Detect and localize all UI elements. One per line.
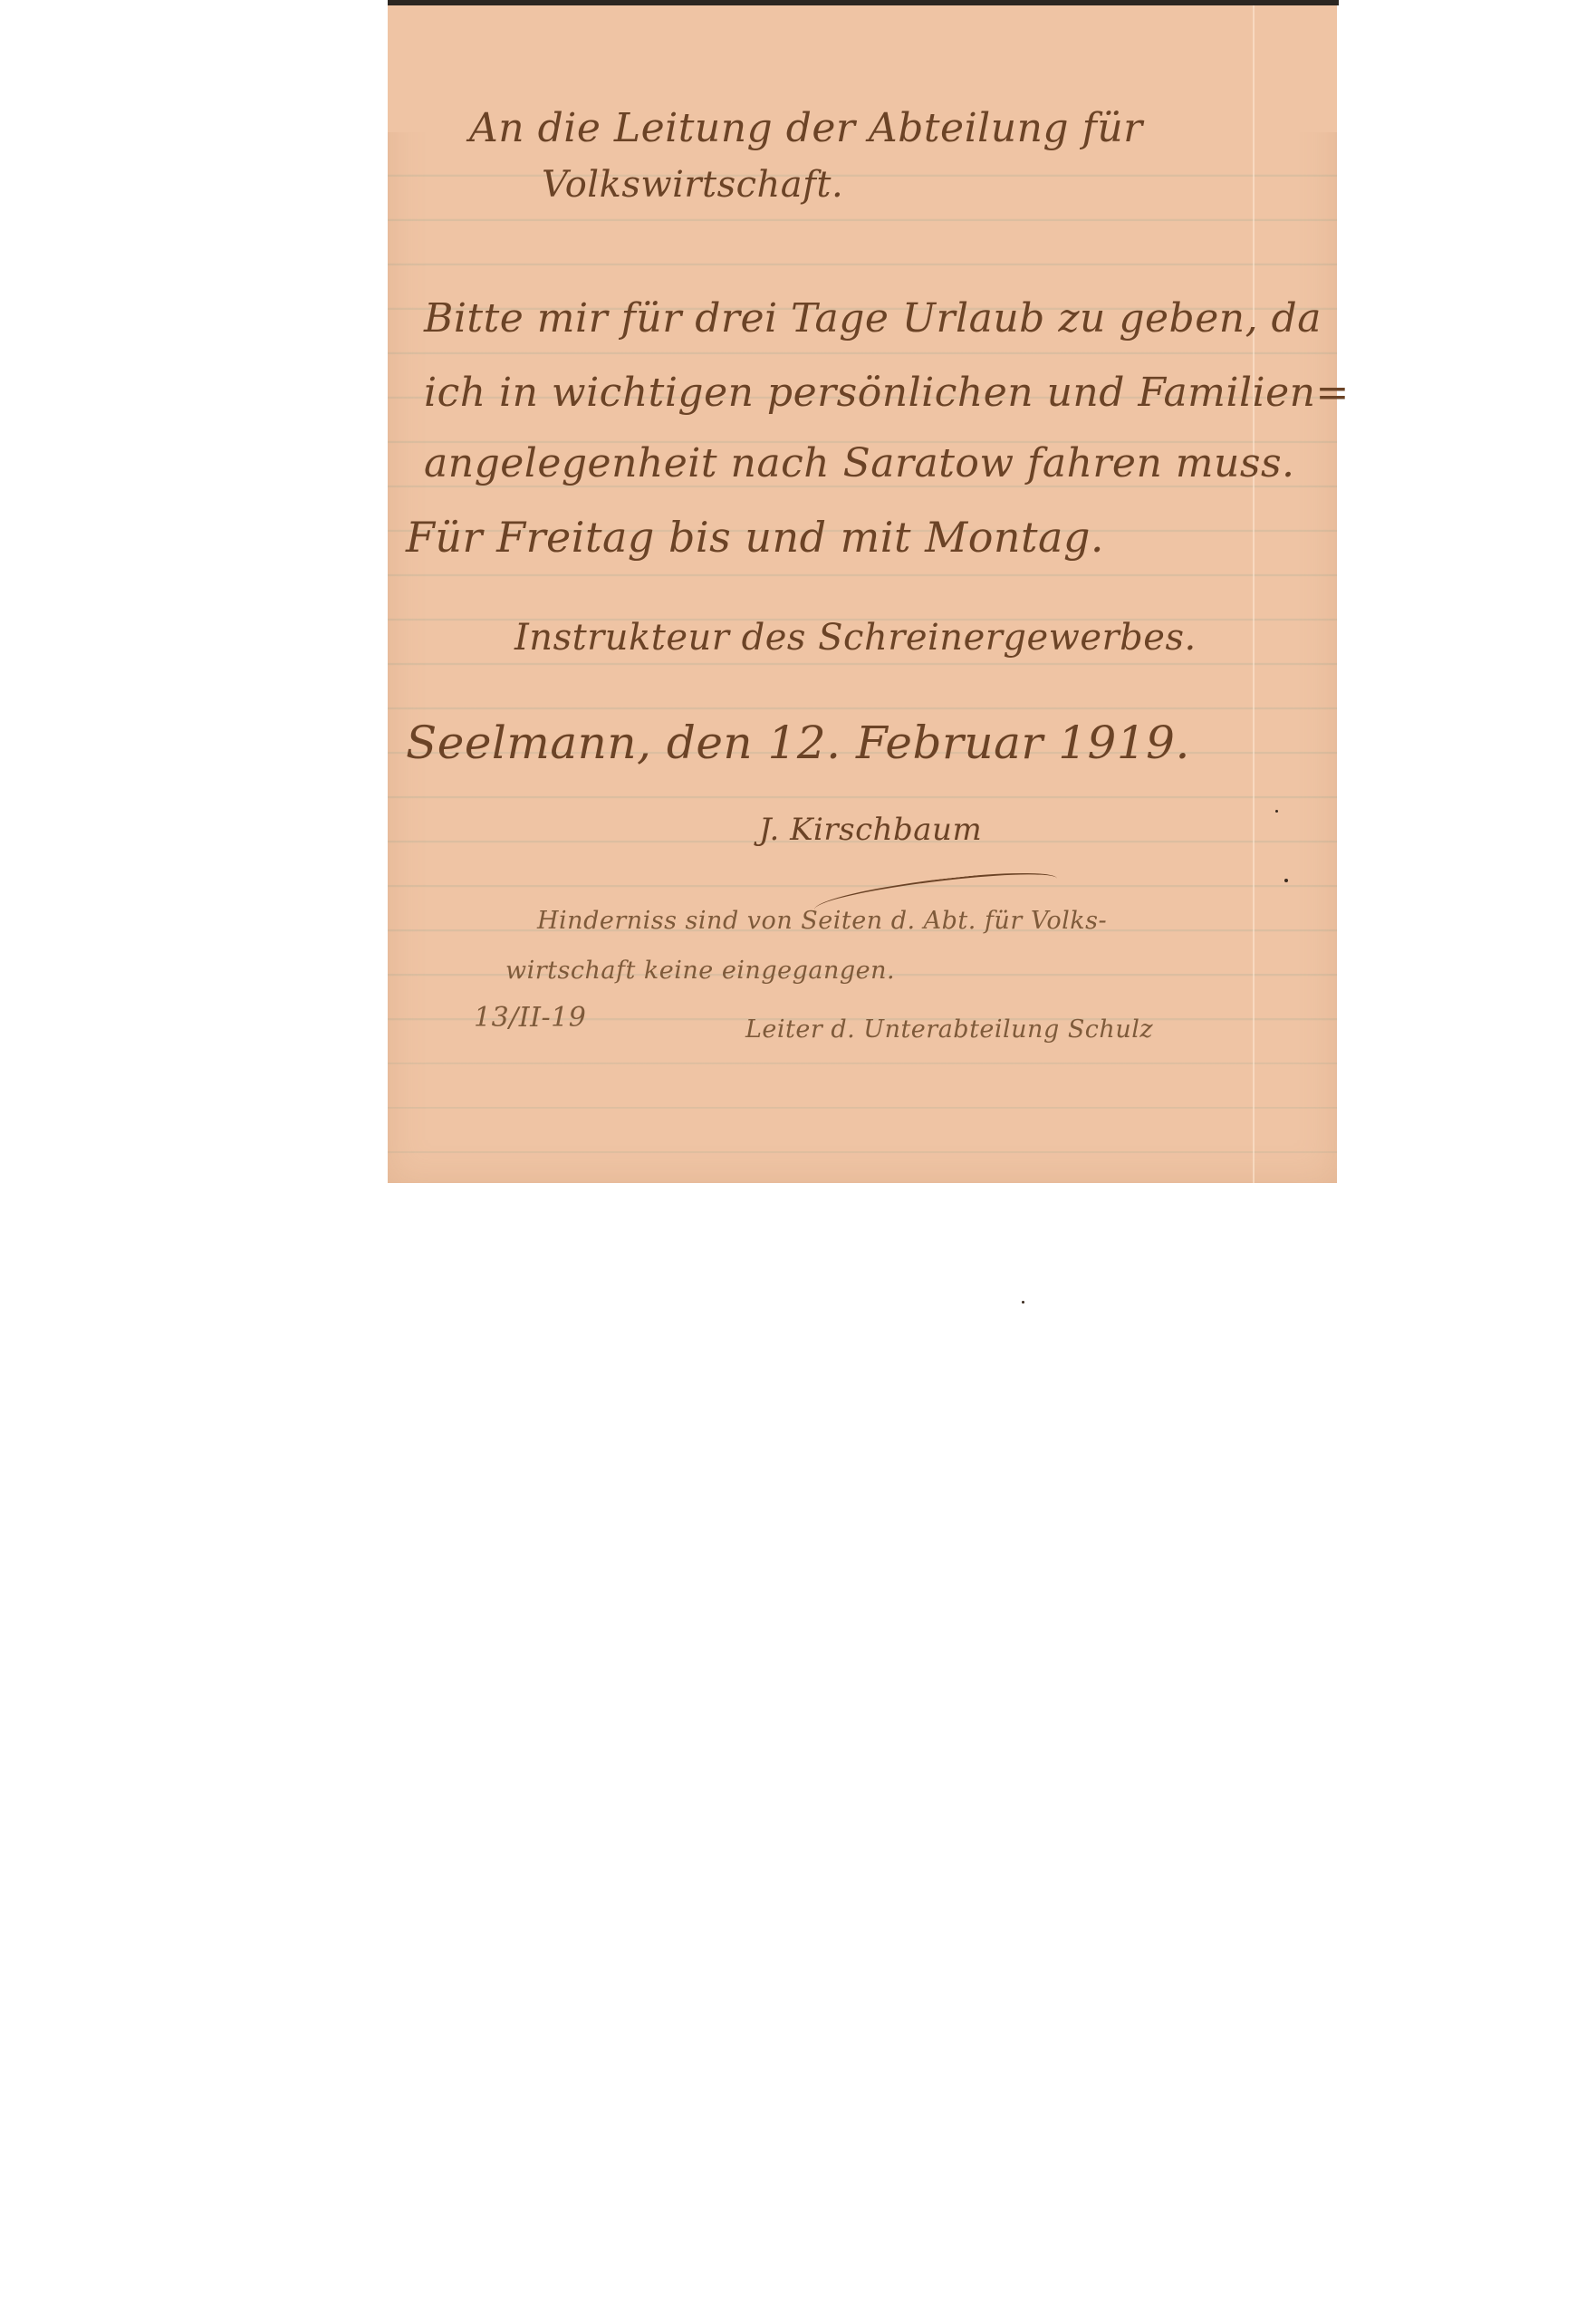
- ink-speck: [1275, 810, 1278, 813]
- paper-fold-crease: [1253, 5, 1255, 1183]
- annotation-signoff: Leiter d. Unterabteilung Schulz: [745, 1015, 1153, 1044]
- body-line-4: Für Freitag bis und mit Montag.: [406, 513, 1104, 562]
- scan-speck: [1022, 1301, 1024, 1304]
- annotation-line-1: Hinderniss sind von Seiten d. Abt. für V…: [537, 907, 1107, 935]
- annotation-date: 13/II-19: [474, 1002, 586, 1034]
- body-line-1: Bitte mir für drei Tage Urlaub zu geben,…: [424, 295, 1322, 342]
- body-line-2: ich in wichtigen persönlichen und Famili…: [424, 370, 1350, 416]
- ink-speck: [1284, 879, 1288, 882]
- addressee-line-1: An die Leitung der Abteilung für: [469, 105, 1143, 151]
- sender-signature: J. Kirschbaum: [759, 812, 982, 848]
- annotation-line-2: wirtschaft keine eingegangen.: [505, 957, 895, 985]
- letter-paper: An die Leitung der Abteilung für Volkswi…: [388, 5, 1337, 1183]
- sender-role: Instrukteur des Schreinergewerbes.: [514, 617, 1197, 659]
- body-line-3: angelegenheit nach Saratow fahren muss.: [424, 440, 1295, 486]
- addressee-line-2: Volkswirtschaft.: [542, 164, 843, 206]
- place-and-date: Seelmann, den 12. Februar 1919.: [406, 717, 1190, 769]
